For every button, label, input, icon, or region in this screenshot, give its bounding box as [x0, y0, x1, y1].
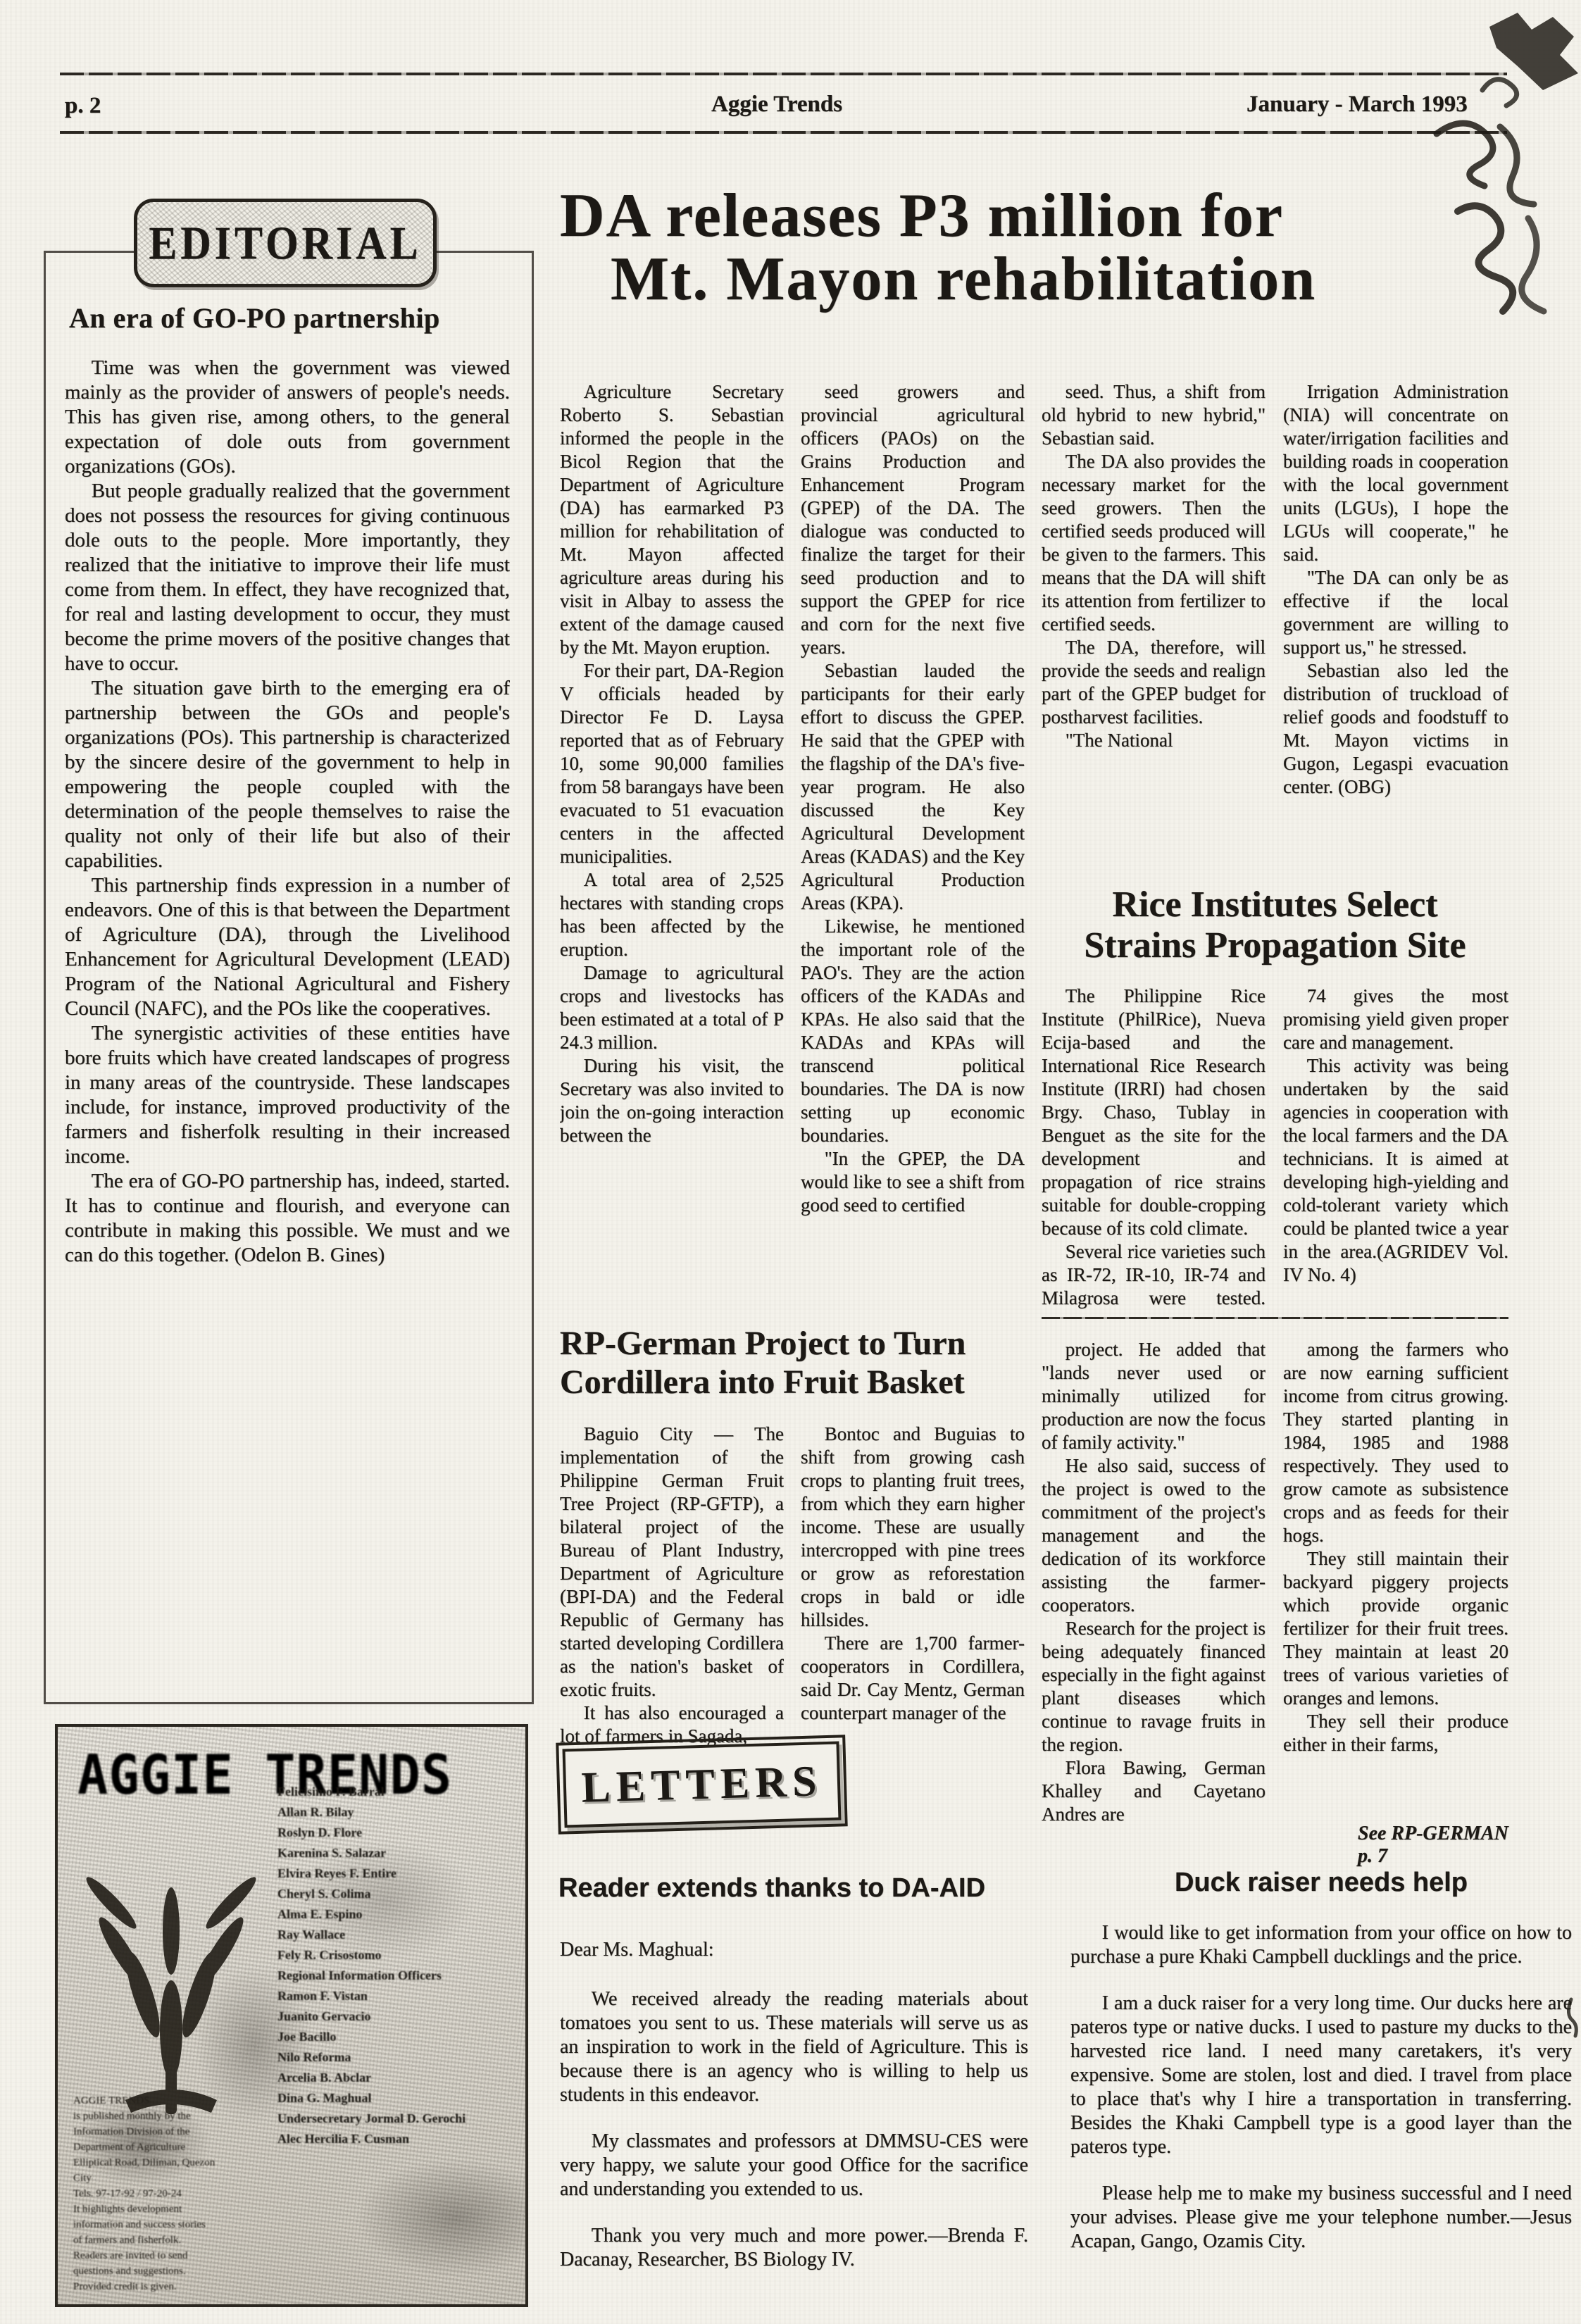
paragraph: Agriculture Secretary Roberto S. Sebasti… — [560, 380, 784, 659]
newspaper-page: { "header": { "page_num": "p. 2", "title… — [0, 0, 1581, 2324]
paragraph: seed. Thus, a shift from old hybrid to n… — [1042, 380, 1266, 450]
paragraph: Cheryl S. Colima — [277, 1884, 517, 1904]
reader-letter-headline: Reader extends thanks to DA-AID — [558, 1873, 1037, 1904]
paragraph: questions and suggestions. — [73, 2263, 263, 2279]
paragraph: of farmers and fisherfolk. — [73, 2232, 263, 2248]
paragraph: Elliptical Road, Diliman, Quezon — [73, 2155, 263, 2170]
duck-letter-body: I would like to get information from you… — [1070, 1921, 1572, 2301]
rp-german-column-3: project. He added that "lands never used… — [1042, 1338, 1266, 1863]
reader-letter-salutation: Dear Ms. Maghual: — [560, 1938, 1028, 1962]
paragraph: 74 gives the most promising yield given … — [1283, 985, 1508, 1054]
paragraph: AGGIE TRENDS — [73, 2093, 263, 2109]
editorial-badge-label: EDITORIAL — [149, 215, 421, 270]
rp-german-headline-line2: Cordillera into Fruit Basket — [560, 1363, 1039, 1401]
paragraph: For their part, DA-Region V officials he… — [560, 659, 784, 868]
paragraph: Arcelia B. Abclar — [277, 2068, 517, 2088]
article-column-1: Agriculture Secretary Roberto S. Sebasti… — [560, 380, 784, 1289]
header-page-number: p. 2 — [65, 93, 101, 118]
paragraph: Elvira Reyes F. Entire — [277, 1863, 517, 1884]
see-continuation-note: See RP-GERMAN p. 7 — [1358, 1823, 1527, 1868]
main-headline: DA releases P3 million for Mt. Mayon reh… — [560, 185, 1504, 311]
paragraph: Damage to agricultural crops and livesto… — [560, 961, 784, 1054]
pen-mark-icon — [1562, 1997, 1580, 2039]
paragraph: A total area of 2,525 hectares with stan… — [560, 868, 784, 961]
paragraph: Irrigation Administration (NIA) will con… — [1283, 380, 1508, 566]
paragraph: Sebastian also led the distribution of t… — [1283, 659, 1508, 799]
paragraph: Regional Information Officers — [277, 1966, 517, 1986]
paragraph: "The DA can only be as effective if the … — [1283, 566, 1508, 659]
paragraph: Ramon F. Vistan — [277, 1986, 517, 2006]
paragraph: During his visit, the Secretary was also… — [560, 1054, 784, 1147]
paragraph: Alma E. Espino — [277, 1904, 517, 1925]
paragraph: The situation gave birth to the emerging… — [65, 676, 510, 873]
paragraph: Allan R. Bilay — [277, 1802, 517, 1823]
rp-german-column-2: Bontoc and Buguias to shift from growing… — [801, 1423, 1025, 1761]
wheat-emblem-icon — [83, 1818, 259, 2125]
letters-badge-label: LETTERS — [581, 1756, 823, 1813]
paragraph: This activity was being undertaken by th… — [1283, 1054, 1508, 1287]
header-bottom-rule — [60, 131, 1507, 134]
duck-letter-headline: Duck raiser needs help — [1070, 1868, 1572, 1898]
article-column-2: seed growers and provincial agricultural… — [801, 380, 1025, 1289]
paragraph: seed growers and provincial agricultural… — [801, 380, 1025, 659]
reader-letter-paragraphs: We received already the reading material… — [560, 1987, 1028, 2272]
paragraph: Provided credit is given. — [73, 2279, 263, 2294]
paragraph: Alec Hercilia F. Cusman — [277, 2129, 517, 2149]
paragraph: Roslyn D. Flore — [277, 1823, 517, 1843]
paragraph: Department of Agriculture — [73, 2139, 263, 2155]
paragraph: is published monthly by the — [73, 2109, 263, 2124]
paragraph: The era of GO-PO partnership has, indeed… — [65, 1169, 510, 1268]
paragraph: Thank you very much and more power.—Bren… — [560, 2224, 1028, 2272]
rp-german-column-1: Baguio City — The implementation of the … — [560, 1423, 784, 1761]
editorial-badge: EDITORIAL — [134, 199, 437, 287]
paragraph: They still maintain their backyard pigge… — [1283, 1547, 1508, 1710]
paragraph: Joe Bacillo — [277, 2027, 517, 2047]
editorial-title: An era of GO-PO partnership — [69, 301, 506, 335]
paragraph: among the farmers who are now earning su… — [1283, 1338, 1508, 1547]
rice-bottom-rule — [1042, 1317, 1508, 1319]
paragraph: Nilo Reforma — [277, 2047, 517, 2068]
paragraph: This partnership finds expression in a n… — [65, 873, 510, 1021]
paragraph: I am a duck raiser for a very long time.… — [1070, 1992, 1572, 2159]
masthead-staff-list: Felicisimo F. BarralAllan R. BilayRoslyn… — [277, 1782, 517, 2149]
header-top-rule — [60, 73, 1507, 75]
paragraph: It highlights development — [73, 2201, 263, 2217]
paragraph: The DA also provides the necessary marke… — [1042, 450, 1266, 636]
editorial-body: Time was when the government was viewed … — [65, 356, 510, 1683]
reader-letter-body: Dear Ms. Maghual: We received already th… — [560, 1938, 1028, 2290]
paragraph: The DA, therefore, will provide the seed… — [1042, 636, 1266, 729]
letters-badge: LETTERS — [563, 1742, 842, 1828]
paragraph: The synergistic activities of these enti… — [65, 1021, 510, 1169]
main-headline-line1: DA releases P3 million for — [560, 182, 1284, 250]
paragraph: Several rice varieties such as IR-72, IR… — [1042, 1240, 1266, 1312]
paragraph: Flora Bawing, German Khalley and Cayetan… — [1042, 1756, 1266, 1826]
paragraph: "In the GPEP, the DA would like to see a… — [801, 1147, 1025, 1217]
paragraph: Likewise, he mentioned the important rol… — [801, 915, 1025, 1147]
paragraph: Research for the project is being adequa… — [1042, 1617, 1266, 1756]
paragraph: Ray Wallace — [277, 1925, 517, 1945]
main-headline-line2: Mt. Mayon rehabilitation — [560, 248, 1504, 311]
paragraph: project. He added that "lands never used… — [1042, 1338, 1266, 1454]
paragraph: Juanito Gervacio — [277, 2006, 517, 2027]
rice-headline-line2: Strains Propagation Site — [1042, 925, 1508, 966]
article-column-4: Irrigation Administration (NIA) will con… — [1283, 380, 1508, 880]
rice-column-1: The Philippine Rice Institute (PhilRice)… — [1042, 985, 1266, 1312]
paragraph: There are 1,700 farmer-cooperators in Co… — [801, 1632, 1025, 1725]
rice-headline: Rice Institutes Select Strains Propagati… — [1042, 885, 1508, 966]
paragraph: "The National — [1042, 729, 1266, 752]
paragraph: It has also encouraged a lot of farmers … — [560, 1701, 784, 1748]
rp-german-column-4: among the farmers who are now earning su… — [1283, 1338, 1508, 1831]
rp-german-headline-line1: RP-German Project to Turn — [560, 1324, 1039, 1363]
margin-pen-mark — [1562, 1997, 1580, 2042]
paragraph: Bontoc and Buguias to shift from growing… — [801, 1423, 1025, 1632]
paragraph: But people gradually realized that the g… — [65, 479, 510, 676]
masthead-fineprint: AGGIE TRENDSis published monthly by theI… — [73, 2093, 263, 2294]
newspaper-name: Aggie Trends — [711, 92, 842, 117]
paragraph: Felicisimo F. Barral — [277, 1782, 517, 1802]
paragraph: Readers are invited to send — [73, 2248, 263, 2263]
rice-headline-line1: Rice Institutes Select — [1042, 885, 1508, 925]
paragraph: We received already the reading material… — [560, 1987, 1028, 2107]
paragraph: Information Division of the — [73, 2124, 263, 2139]
paragraph: Undersecretary Jormal D. Gerochi — [277, 2109, 517, 2129]
paragraph: Karenina S. Salazar — [277, 1843, 517, 1863]
paragraph: They sell their produce either in their … — [1283, 1710, 1508, 1756]
paragraph: Dina G. Maghual — [277, 2088, 517, 2109]
paragraph: He also said, success of the project is … — [1042, 1454, 1266, 1617]
paragraph: Baguio City — The implementation of the … — [560, 1423, 784, 1701]
paragraph: Fely R. Crisostomo — [277, 1945, 517, 1966]
paragraph: The Philippine Rice Institute (PhilRice)… — [1042, 985, 1266, 1240]
paragraph: My classmates and professors at DMMSU-CE… — [560, 2130, 1028, 2201]
masthead-image: AGGIE TRENDS Felicisimo F. BarralAllan R… — [55, 1724, 528, 2307]
paragraph: Tels. 97-17-92 / 97-20-24 — [73, 2186, 263, 2201]
paragraph: information and success stories — [73, 2217, 263, 2232]
paragraph: Sebastian lauded the participants for th… — [801, 659, 1025, 915]
paragraph: City — [73, 2170, 263, 2186]
rice-column-2: 74 gives the most promising yield given … — [1283, 985, 1508, 1312]
article-column-3: seed. Thus, a shift from old hybrid to n… — [1042, 380, 1266, 873]
paragraph: Time was when the government was viewed … — [65, 356, 510, 479]
paragraph: Please help me to make my business succe… — [1070, 2182, 1572, 2254]
paragraph: I would like to get information from you… — [1070, 1921, 1572, 1969]
rp-german-headline: RP-German Project to Turn Cordillera int… — [560, 1324, 1039, 1401]
